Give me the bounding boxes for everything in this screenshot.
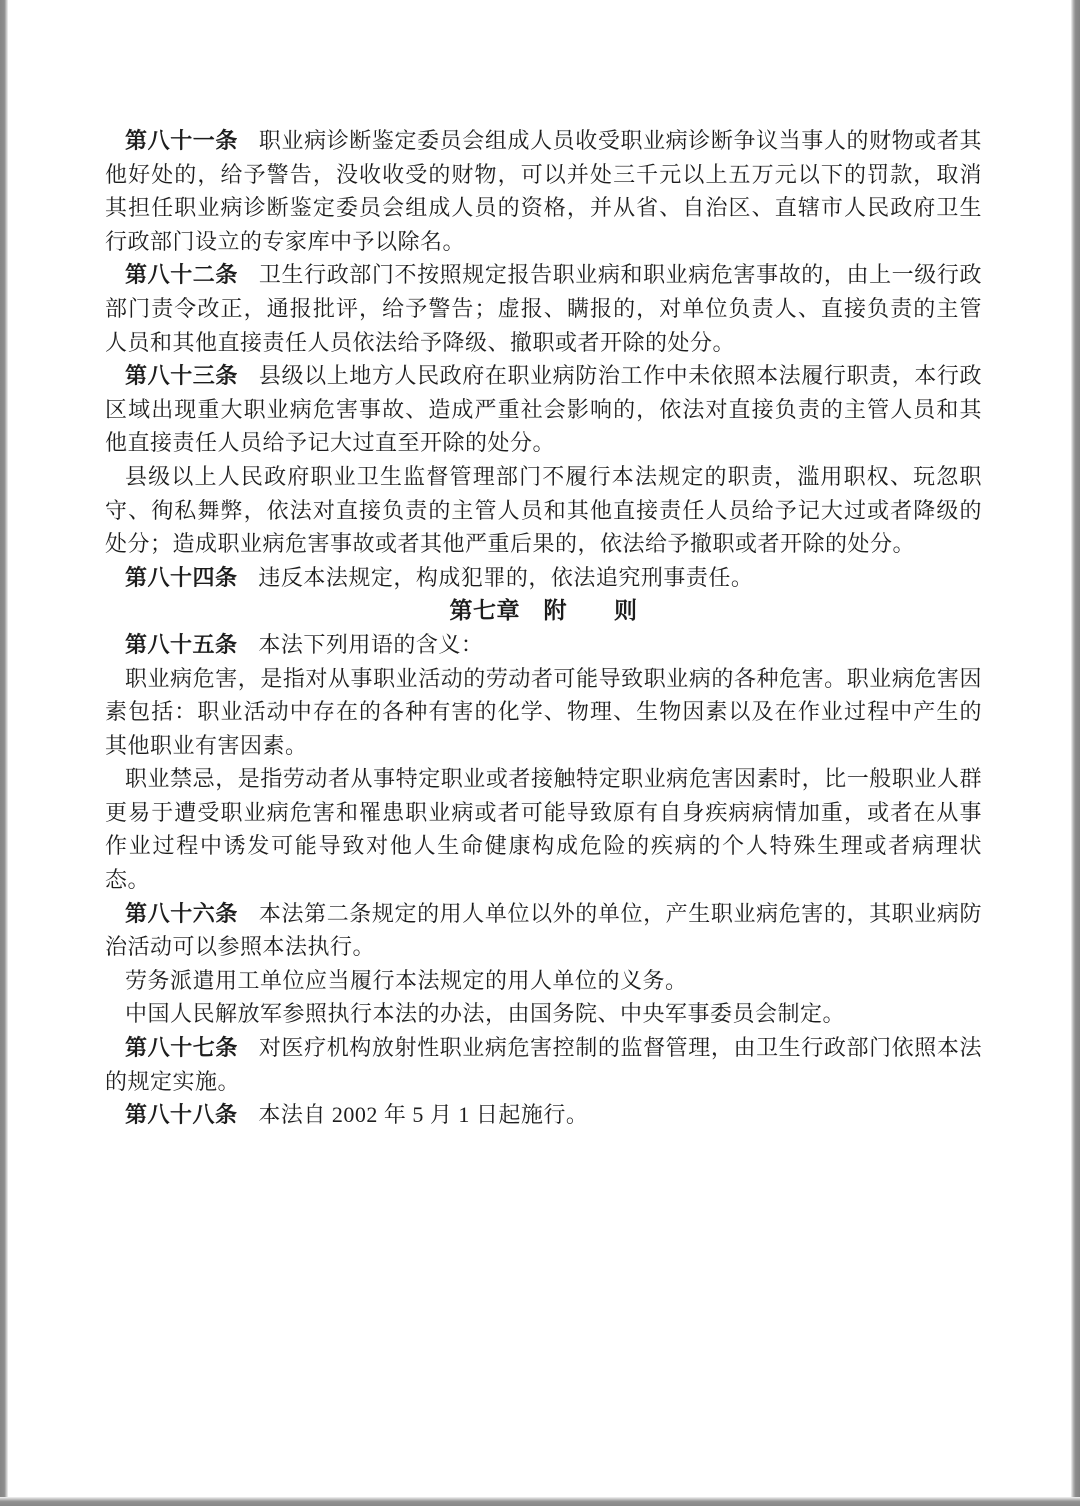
article-number: 第八十一条 <box>125 128 238 153</box>
body-paragraph: 劳务派遣用工单位应当履行本法规定的用人单位的义务。 <box>105 964 982 998</box>
article-number: 第八十六条 <box>125 901 238 926</box>
body-paragraph: 职业禁忌，是指劳动者从事特定职业或者接触特定职业病危害因素时，比一般职业人群更易… <box>105 762 982 896</box>
article-paragraph: 第八十八条本法自 2002 年 5 月 1 日起施行。 <box>105 1098 982 1132</box>
paragraph-text: 职业病危害，是指对从事职业活动的劳动者可能导致职业病的各种危害。职业病危害因素包… <box>105 666 982 758</box>
article-number: 第八十四条 <box>125 565 238 590</box>
body-paragraph: 职业病危害，是指对从事职业活动的劳动者可能导致职业病的各种危害。职业病危害因素包… <box>105 662 982 763</box>
document-page: 第八十一条职业病诊断鉴定委员会组成人员收受职业病诊断争议当事人的财物或者其他好处… <box>0 0 1080 1506</box>
chapter-heading: 第七章 附 则 <box>105 594 982 628</box>
body-paragraph: 县级以上人民政府职业卫生监督管理部门不履行本法规定的职责，滥用职权、玩忽职守、徇… <box>105 460 982 561</box>
paragraph-text: 县级以上人民政府职业卫生监督管理部门不履行本法规定的职责，滥用职权、玩忽职守、徇… <box>105 464 982 556</box>
paragraph-text: 本法自 2002 年 5 月 1 日起施行。 <box>258 1102 588 1127</box>
paragraph-text: 本法下列用语的含义： <box>258 632 483 657</box>
article-number: 第八十三条 <box>125 363 238 388</box>
page-edge-left <box>0 0 8 1506</box>
article-paragraph: 第八十三条县级以上地方人民政府在职业病防治工作中未依照本法履行职责，本行政区域出… <box>105 359 982 460</box>
paragraph-text: 职业禁忌，是指劳动者从事特定职业或者接触特定职业病危害因素时，比一般职业人群更易… <box>105 766 982 892</box>
body-paragraph: 中国人民解放军参照执行本法的办法，由国务院、中央军事委员会制定。 <box>105 997 982 1031</box>
article-paragraph: 第八十一条职业病诊断鉴定委员会组成人员收受职业病诊断争议当事人的财物或者其他好处… <box>105 124 982 258</box>
paragraph-text: 违反本法规定，构成犯罪的，依法追究刑事责任。 <box>258 565 753 590</box>
paragraph-text: 劳务派遣用工单位应当履行本法规定的用人单位的义务。 <box>125 968 688 993</box>
page-edge-bottom <box>0 1497 1080 1506</box>
article-paragraph: 第八十七条对医疗机构放射性职业病危害控制的监督管理，由卫生行政部门依照本法的规定… <box>105 1031 982 1098</box>
document-body: 第八十一条职业病诊断鉴定委员会组成人员收受职业病诊断争议当事人的财物或者其他好处… <box>105 124 982 1132</box>
article-number: 第八十八条 <box>125 1102 238 1127</box>
article-paragraph: 第八十二条卫生行政部门不按照规定报告职业病和职业病危害事故的，由上一级行政部门责… <box>105 258 982 359</box>
article-number: 第八十二条 <box>125 262 238 287</box>
article-number: 第八十七条 <box>125 1035 238 1060</box>
article-paragraph: 第八十五条本法下列用语的含义： <box>105 628 982 662</box>
article-number: 第八十五条 <box>125 632 238 657</box>
paragraph-text: 中国人民解放军参照执行本法的办法，由国务院、中央军事委员会制定。 <box>125 1001 845 1026</box>
article-paragraph: 第八十六条本法第二条规定的用人单位以外的单位，产生职业病危害的，其职业病防治活动… <box>105 897 982 964</box>
page-edge-right <box>1071 0 1080 1506</box>
article-paragraph: 第八十四条违反本法规定，构成犯罪的，依法追究刑事责任。 <box>105 561 982 595</box>
